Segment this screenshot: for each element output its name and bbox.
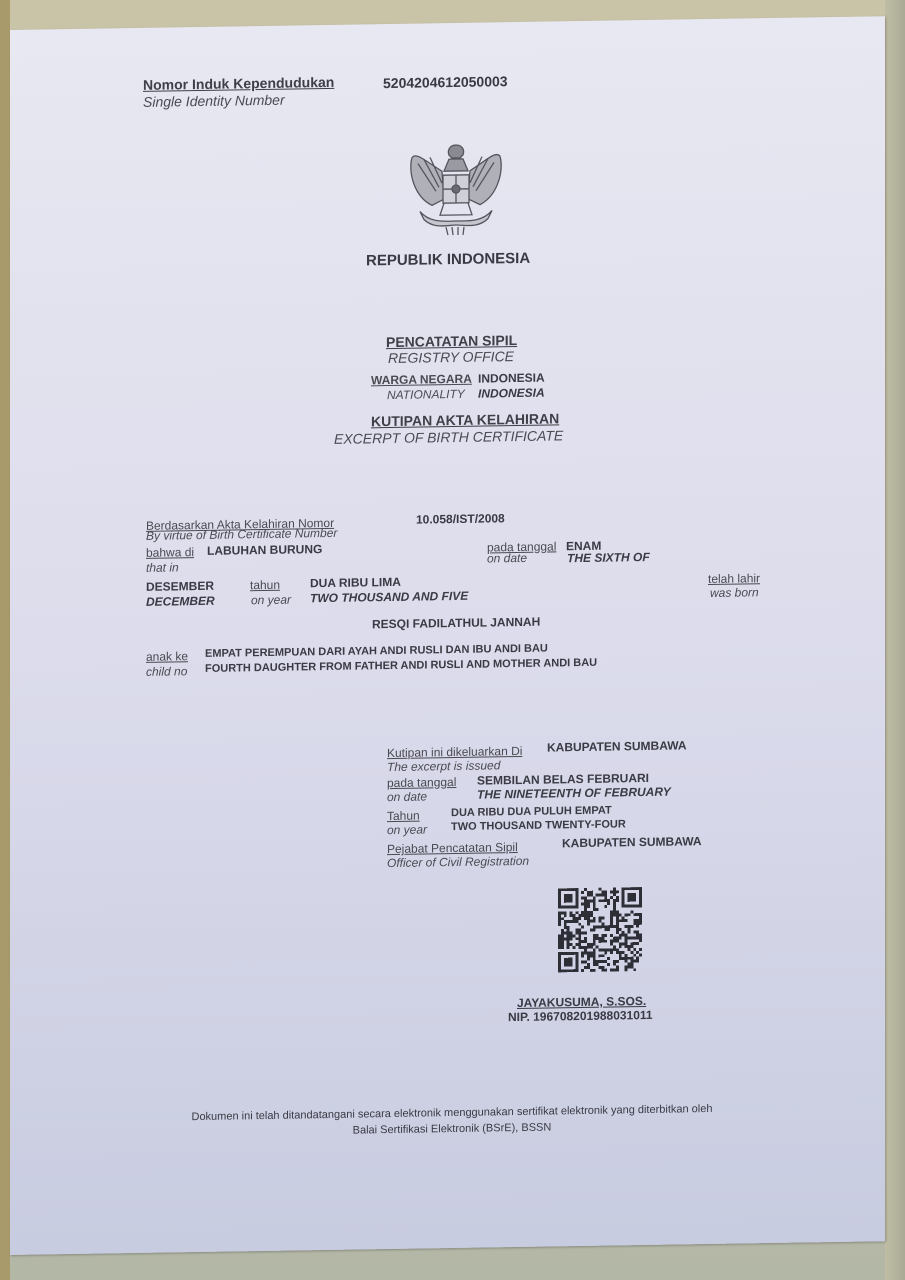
nationality-label: WARGA NEGARA — [371, 372, 472, 388]
birthplace-label: bahwa di — [146, 545, 194, 560]
birthdate-label-en: on date — [487, 551, 527, 566]
nik-label: Nomor Induk Kependudukan — [143, 74, 334, 93]
surface-edge-right — [885, 0, 905, 1280]
e-signature-notice: Dokumen ini telah ditandatangani secara … — [102, 1100, 802, 1143]
birthplace-label-en: that in — [146, 560, 179, 575]
qr-code-icon — [558, 887, 642, 972]
nik-value: 5204204612050003 — [383, 73, 508, 91]
nationality-value-en: INDONESIA — [478, 386, 545, 401]
issue-year-value-en: TWO THOUSAND TWENTY-FOUR — [451, 818, 626, 833]
officer-label-en: Officer of Civil Registration — [387, 854, 529, 870]
child-order-value-en: FOURTH DAUGHTER FROM FATHER ANDI RUSLI A… — [205, 657, 597, 675]
child-name: RESQI FADILATHUL JANNAH — [372, 615, 540, 632]
officer-value: KABUPATEN SUMBAWA — [562, 834, 702, 850]
issue-date-label: pada tanggal — [387, 775, 456, 790]
issued-at-label-en: The excerpt is issued — [387, 758, 500, 774]
birth-year-label-en: on year — [251, 593, 291, 608]
birthdate-value-en: THE SIXTH OF — [567, 550, 650, 565]
office-title-en: REGISTRY OFFICE — [388, 348, 514, 366]
nik-label-en: Single Identity Number — [143, 92, 285, 110]
birth-certificate-document: Nomor Induk Kependudukan Single Identity… — [10, 16, 885, 1255]
country-title: REPUBLIK INDONESIA — [366, 250, 530, 270]
birth-year-value: DUA RIBU LIMA — [310, 575, 401, 590]
birth-month: DESEMBER — [146, 579, 214, 594]
document-title-en: EXCERPT OF BIRTH CERTIFICATE — [334, 427, 563, 447]
cert-number-value: 10.058/IST/2008 — [416, 511, 505, 526]
nationality-value: INDONESIA — [478, 371, 545, 386]
born-label-en: was born — [710, 585, 759, 600]
child-order-label: anak ke — [146, 649, 188, 664]
signatory-nip: NIP. 196708201988031011 — [508, 1008, 653, 1024]
born-label: telah lahir — [708, 571, 760, 586]
garuda-emblem-icon — [406, 140, 506, 240]
issue-date-value-en: THE NINETEENTH OF FEBRUARY — [477, 785, 671, 802]
birth-month-en: DECEMBER — [146, 594, 215, 609]
birth-year-value-en: TWO THOUSAND AND FIVE — [310, 589, 468, 605]
cert-number-label-en: By virtue of Birth Certificate Number — [146, 526, 337, 543]
child-order-label-en: child no — [146, 664, 187, 679]
nationality-label-en: NATIONALITY — [387, 387, 465, 402]
birth-year-label: tahun — [250, 578, 280, 592]
issue-year-label: Tahun — [387, 809, 420, 824]
issued-at-value: KABUPATEN SUMBAWA — [547, 738, 687, 754]
birthplace-value: LABUHAN BURUNG — [207, 542, 322, 558]
issued-at-label: Kutipan ini dikeluarkan Di — [387, 744, 522, 760]
surface-edge — [0, 0, 10, 1280]
issue-date-label-en: on date — [387, 789, 427, 804]
child-order-value: EMPAT PEREMPUAN DARI AYAH ANDI RUSLI DAN… — [205, 643, 548, 660]
issue-year-value: DUA RIBU DUA PULUH EMPAT — [451, 805, 612, 820]
document-title: KUTIPAN AKTA KELAHIRAN — [371, 410, 559, 429]
issue-year-label-en: on year — [387, 822, 427, 837]
